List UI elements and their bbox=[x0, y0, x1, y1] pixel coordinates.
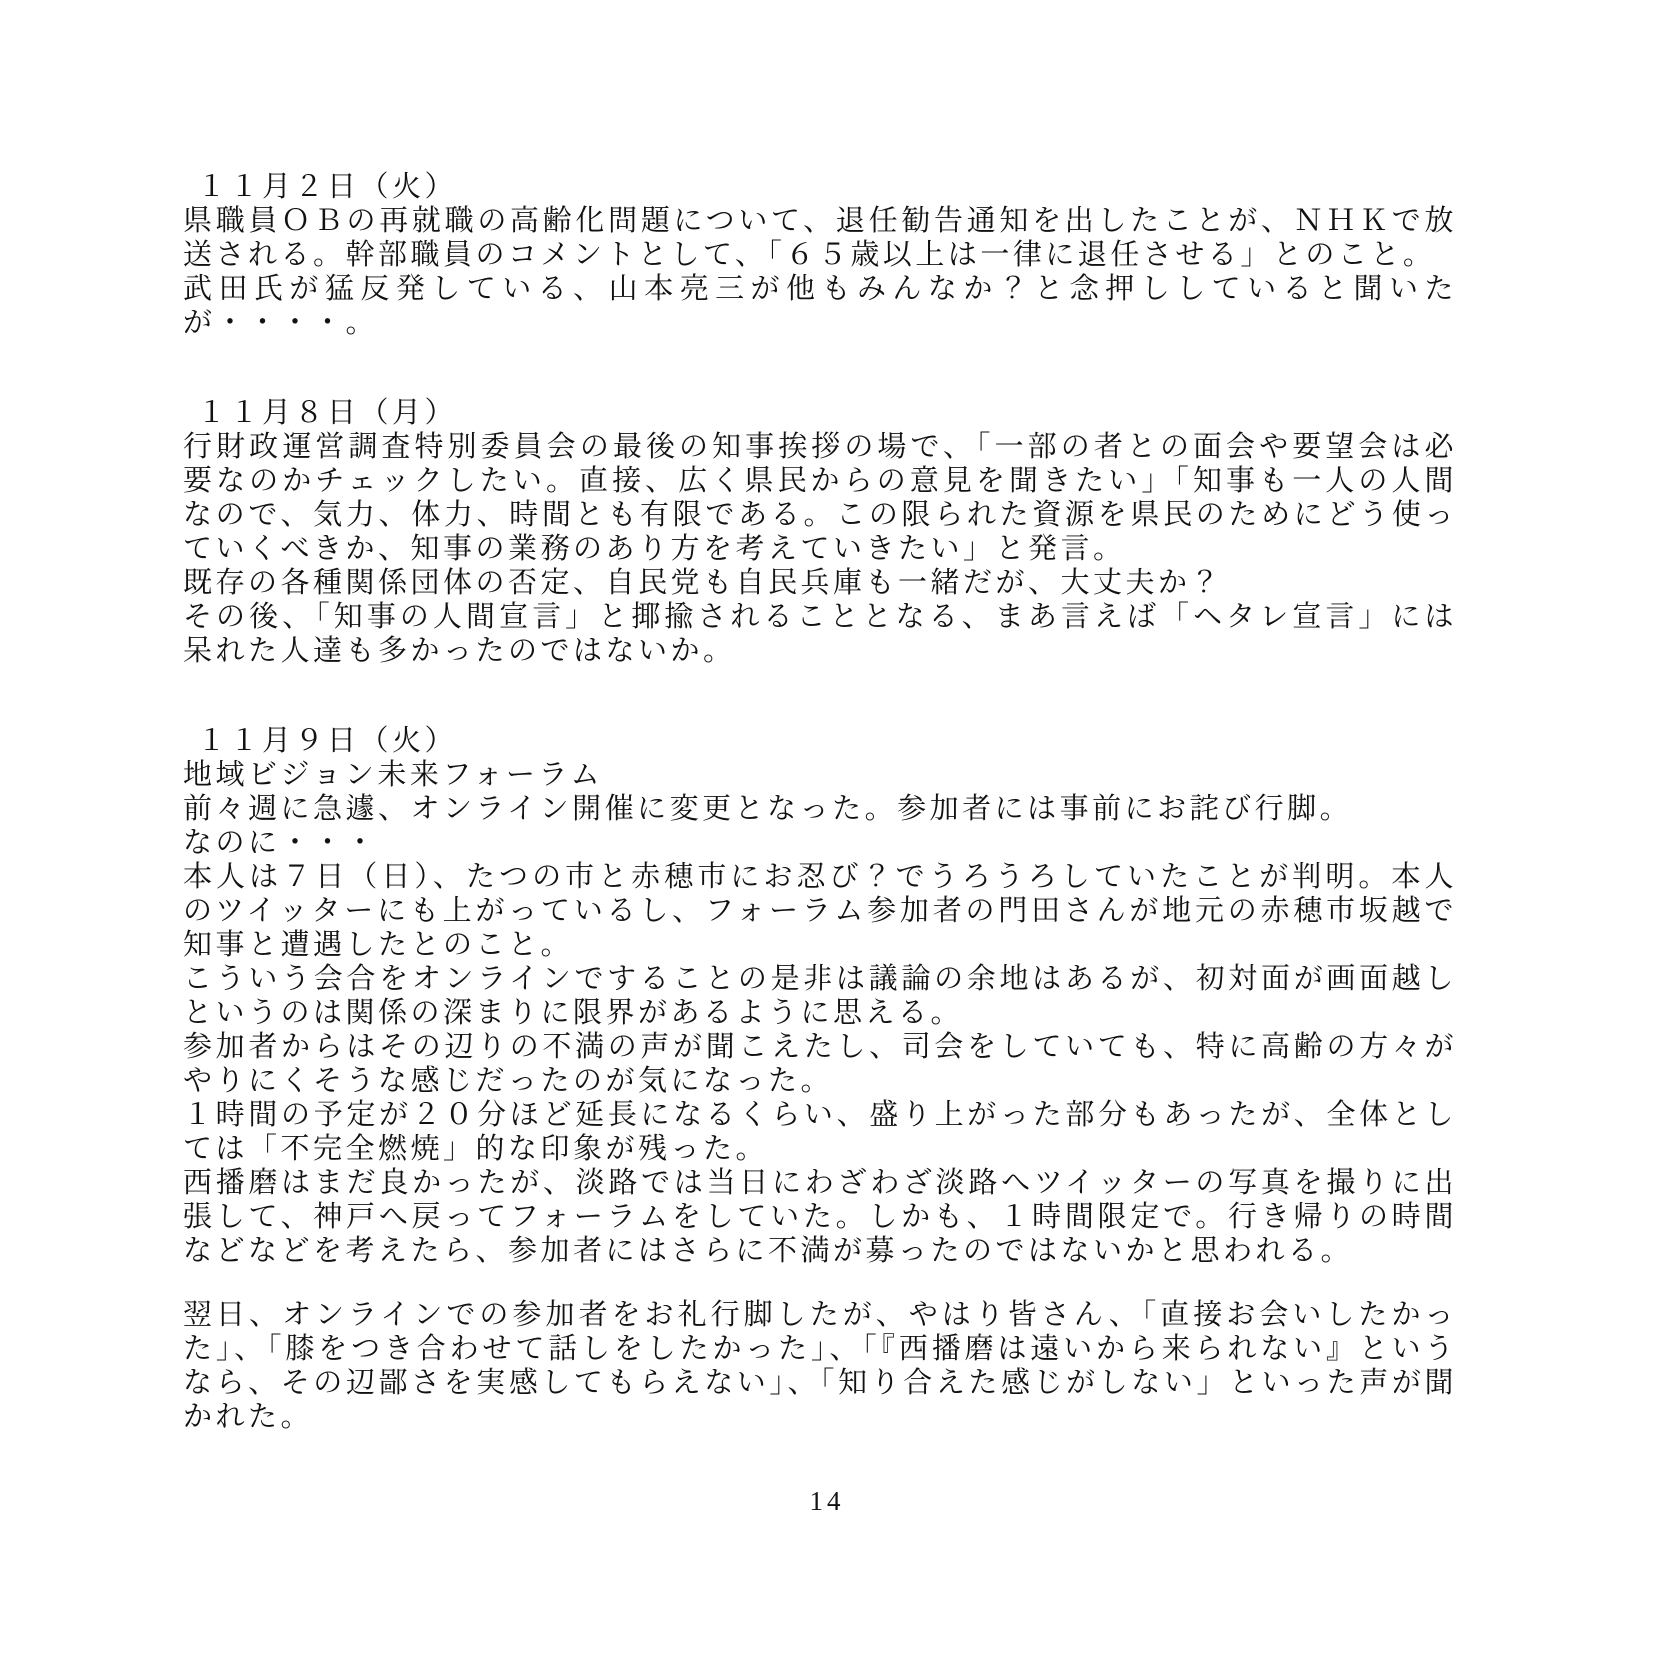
paragraph: 西播磨はまだ良かったが、淡路では当日にわざわざ淡路へツイッターの写真を撮りに出張… bbox=[183, 1166, 1457, 1268]
paragraph: 地域ビジョン未来フォーラム bbox=[183, 758, 1457, 792]
paragraph: １時間の予定が２０分ほど延長になるくらい、盛り上がった部分もあったが、全体として… bbox=[183, 1098, 1457, 1166]
paragraph: 既存の各種関係団体の否定、自民党も自民兵庫も一緒だが、大丈夫か？ bbox=[183, 566, 1457, 600]
paragraph: なのに・・・ bbox=[183, 826, 1457, 860]
paragraph: 行財政運営調査特別委員会の最後の知事挨拶の場で、「一部の者との面会や要望会は必要… bbox=[183, 430, 1457, 566]
entry-date: １１月８日（月） bbox=[183, 396, 1457, 430]
paragraph: 翌日、オンラインでの参加者をお礼行脚したが、やはり皆さん、「直接お会いしたかった… bbox=[183, 1298, 1457, 1434]
document-page: １１月２日（火） 県職員ＯＢの再就職の高齢化問題について、退任勧告通知を出したこ… bbox=[0, 0, 1654, 1654]
entry-date: １１月９日（火） bbox=[183, 724, 1457, 758]
page-number: 14 bbox=[0, 1486, 1654, 1517]
diary-entry-nov-9: １１月９日（火） 地域ビジョン未来フォーラム 前々週に急遽、オンライン開催に変更… bbox=[183, 724, 1457, 1434]
diary-entry-nov-8: １１月８日（月） 行財政運営調査特別委員会の最後の知事挨拶の場で、「一部の者との… bbox=[183, 396, 1457, 668]
paragraph: 武田氏が猛反発している、山本亮三が他もみんなか？と念押ししていると聞いたが・・・… bbox=[183, 272, 1457, 340]
paragraph: 前々週に急遽、オンライン開催に変更となった。参加者には事前にお詫び行脚。 bbox=[183, 792, 1457, 826]
paragraph: 参加者からはその辺りの不満の声が聞こえたし、司会をしていても、特に高齢の方々がや… bbox=[183, 1030, 1457, 1098]
diary-entry-nov-2: １１月２日（火） 県職員ＯＢの再就職の高齢化問題について、退任勧告通知を出したこ… bbox=[183, 170, 1457, 340]
paragraph: 県職員ＯＢの再就職の高齢化問題について、退任勧告通知を出したことが、ＮＨＫで放送… bbox=[183, 204, 1457, 272]
page-body: １１月２日（火） 県職員ＯＢの再就職の高齢化問題について、退任勧告通知を出したこ… bbox=[183, 170, 1457, 1434]
entry-date: １１月２日（火） bbox=[183, 170, 1457, 204]
paragraph: その後、「知事の人間宣言」と揶揄されることとなる、まあ言えば「ヘタレ宣言」には呆… bbox=[183, 600, 1457, 668]
paragraph: 本人は７日（日）、たつの市と赤穂市にお忍び？でうろうろしていたことが判明。本人の… bbox=[183, 860, 1457, 962]
paragraph: こういう会合をオンラインですることの是非は議論の余地はあるが、初対面が画面越しと… bbox=[183, 962, 1457, 1030]
